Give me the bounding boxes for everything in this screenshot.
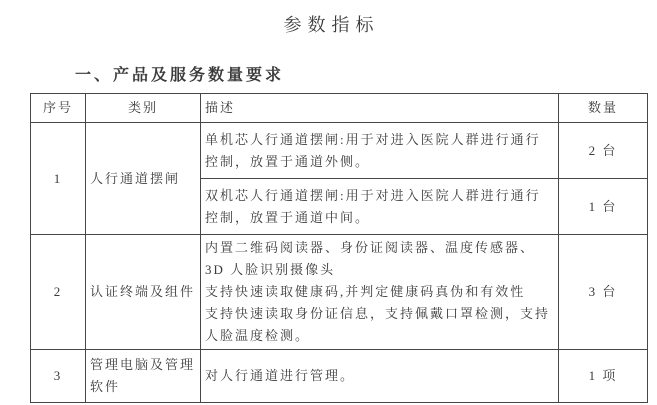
column-header-seq: 序号: [31, 94, 86, 123]
cell-category-3: 管理电脑及管理软件: [86, 350, 201, 403]
column-header-quantity: 数量: [559, 94, 648, 123]
cell-seq-3: 3: [31, 350, 86, 403]
column-header-description: 描述: [201, 94, 559, 123]
cell-quantity-1a: 2 台: [559, 123, 648, 179]
cell-quantity-1b: 1 台: [559, 179, 648, 235]
document-page: 参数指标 一、产品及服务数量要求 序号 类别 描述 数量 1 人行通道摆闸 单机…: [0, 0, 657, 405]
table-row-2: 2 认证终端及组件 内置二维码阅读器、身份证阅读器、温度传感器、3D 人脸识别摄…: [31, 235, 648, 350]
column-header-category: 类别: [86, 94, 201, 123]
cell-description-2: 内置二维码阅读器、身份证阅读器、温度传感器、3D 人脸识别摄像头 支持快速读取健…: [201, 235, 559, 350]
requirements-table: 序号 类别 描述 数量 1 人行通道摆闸 单机芯人行通道摆闸:用于对进入医院人群…: [30, 93, 648, 403]
table-header-row: 序号 类别 描述 数量: [31, 94, 648, 123]
cell-quantity-3: 1 项: [559, 350, 648, 403]
document-title: 参数指标: [0, 11, 657, 37]
table-row-1-sub-1: 1 人行通道摆闸 单机芯人行通道摆闸:用于对进入医院人群进行通行控制，放置于通道…: [31, 123, 648, 179]
description-2-paragraph-3: 支持快速读取身份证信息，支持佩戴口罩检测，支持人脸温度检测。: [205, 303, 554, 347]
cell-quantity-2: 3 台: [559, 235, 648, 350]
cell-description-3: 对人行通道进行管理。: [201, 350, 559, 403]
cell-description-1b: 双机芯人行通道摆闸:用于对进入医院人群进行通行控制，放置于通道中间。: [201, 179, 559, 235]
cell-seq-1: 1: [31, 123, 86, 235]
section-heading: 一、产品及服务数量要求: [75, 62, 657, 85]
cell-category-1: 人行通道摆闸: [86, 123, 201, 235]
cell-description-1a: 单机芯人行通道摆闸:用于对进入医院人群进行通行控制，放置于通道外侧。: [201, 123, 559, 179]
description-2-paragraph-1: 内置二维码阅读器、身份证阅读器、温度传感器、3D 人脸识别摄像头: [205, 237, 554, 281]
cell-seq-2: 2: [31, 235, 86, 350]
cell-category-2: 认证终端及组件: [86, 235, 201, 350]
description-2-paragraph-2: 支持快速读取健康码,并判定健康码真伪和有效性: [205, 281, 554, 303]
table-row-3: 3 管理电脑及管理软件 对人行通道进行管理。 1 项: [31, 350, 648, 403]
